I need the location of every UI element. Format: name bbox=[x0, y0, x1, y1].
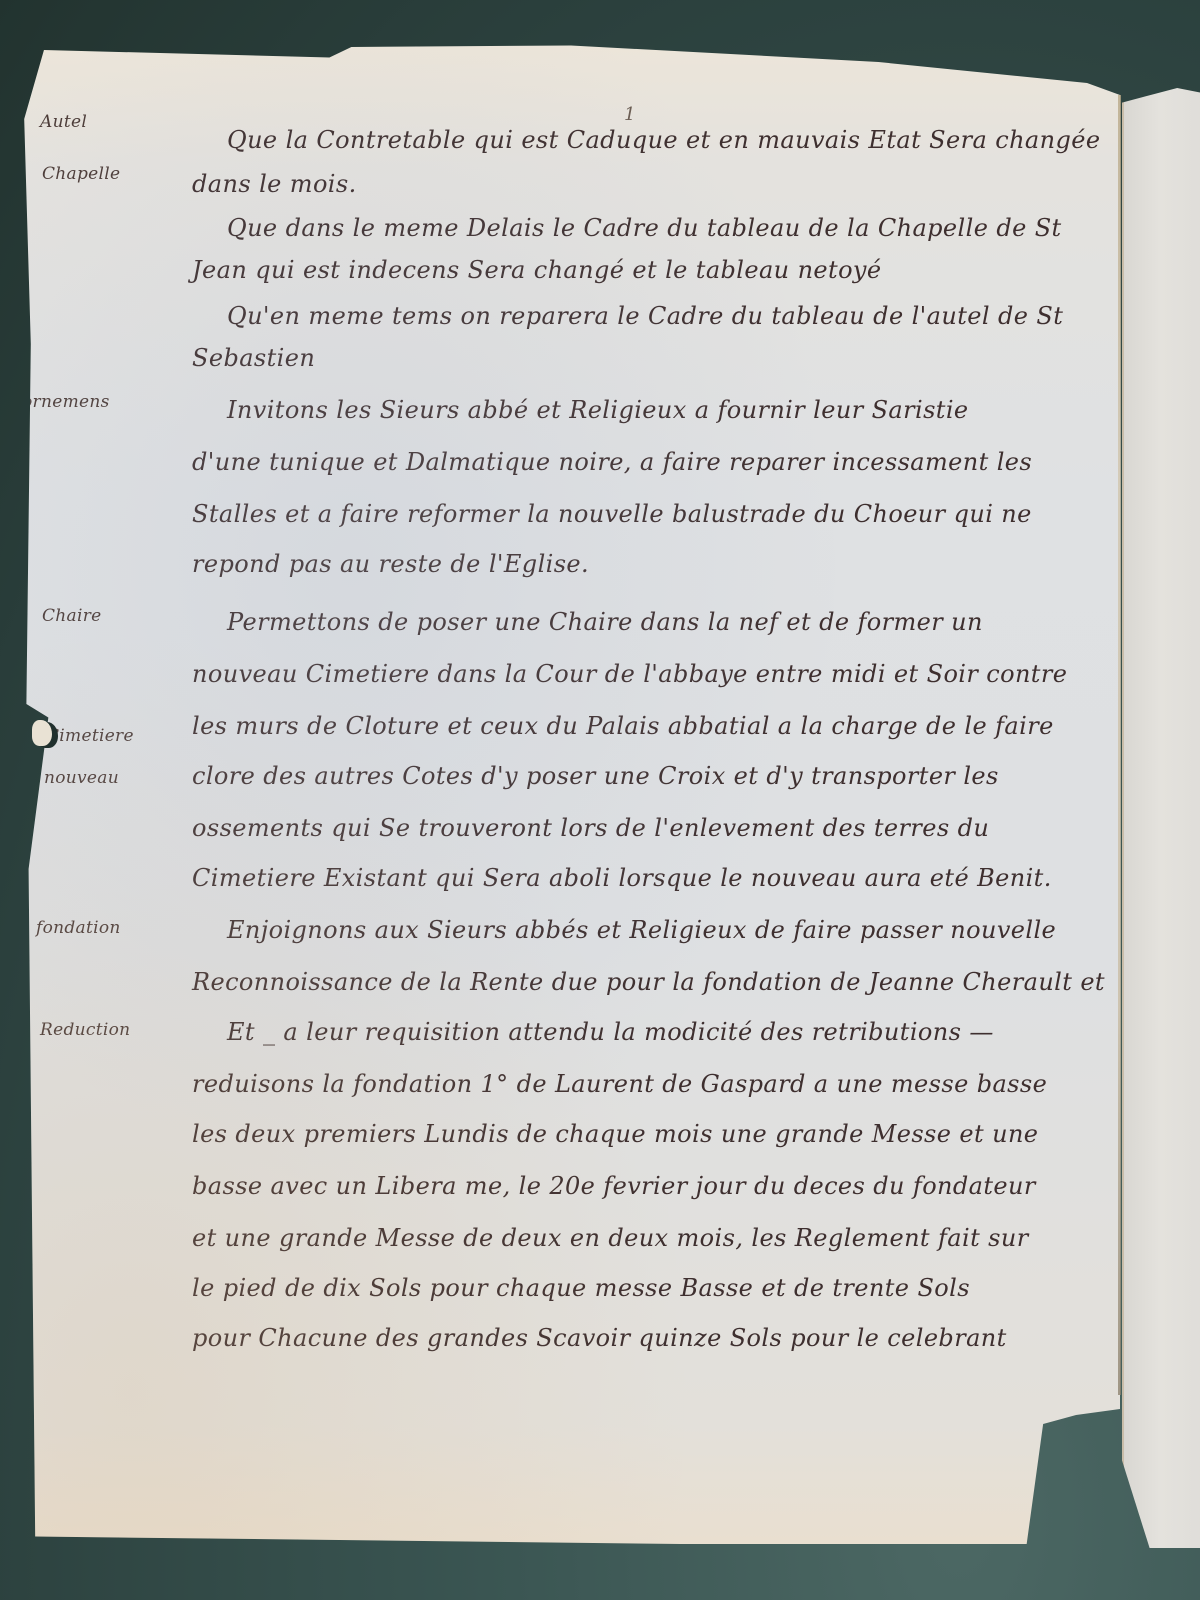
text-line: clore des autres Cotes d'y poser une Cro… bbox=[192, 762, 999, 790]
margin-note-chaire: Chaire bbox=[42, 606, 102, 626]
margin-note-chapelle: Chapelle bbox=[42, 164, 120, 184]
manuscript-page: 1 Autel Chapelle ornemens Chaire Cimetie… bbox=[22, 44, 1120, 1544]
text-line: basse avec un Libera me, le 20e fevrier … bbox=[192, 1172, 1036, 1200]
text-line: et une grande Messe de deux en deux mois… bbox=[192, 1224, 1029, 1252]
text-line: les deux premiers Lundis de chaque mois … bbox=[192, 1120, 1038, 1148]
text-line: nouveau Cimetiere dans la Cour de l'abba… bbox=[192, 660, 1067, 688]
text-line: le pied de dix Sols pour chaque messe Ba… bbox=[192, 1274, 970, 1302]
text-line: d'une tunique et Dalmatique noire, a fai… bbox=[192, 448, 1032, 476]
text-line: Qu'en meme tems on reparera le Cadre du … bbox=[227, 302, 1063, 330]
margin-note-ornemens: ornemens bbox=[22, 392, 110, 412]
text-line: Reconnoissance de la Rente due pour la f… bbox=[192, 968, 1105, 996]
margin-note-nouveau: nouveau bbox=[44, 768, 119, 788]
text-line: ossements qui Se trouveront lors de l'en… bbox=[192, 814, 989, 842]
text-line: Enjoignons aux Sieurs abbés et Religieux… bbox=[227, 916, 1056, 944]
page-number: 1 bbox=[624, 104, 635, 125]
text-line: Jean qui est indecens Sera changé et le … bbox=[192, 256, 882, 284]
text-line: reduisons la fondation 1° de Laurent de … bbox=[192, 1070, 1047, 1098]
paper-tear bbox=[32, 720, 52, 746]
text-line: Stalles et a faire reformer la nouvelle … bbox=[192, 500, 1032, 528]
text-line: Que la Contretable qui est Caduque et en… bbox=[227, 126, 1100, 154]
text-line: Permettons de poser une Chaire dans la n… bbox=[227, 608, 983, 636]
text-line: Invitons les Sieurs abbé et Religieux a … bbox=[227, 396, 969, 424]
adjacent-folded-page bbox=[1122, 88, 1200, 1548]
text-line: Sebastien bbox=[192, 344, 315, 372]
margin-note-reduction: Reduction bbox=[40, 1020, 130, 1040]
page-fold bbox=[1118, 95, 1121, 1395]
text-line: dans le mois. bbox=[192, 170, 357, 198]
margin-note-autel: Autel bbox=[40, 112, 87, 132]
margin-note-cimetiere: Cimetiere bbox=[46, 726, 134, 746]
text-line: Que dans le meme Delais le Cadre du tabl… bbox=[227, 214, 1062, 242]
text-line: Cimetiere Existant qui Sera aboli lorsqu… bbox=[192, 864, 1052, 892]
text-line: Et _ a leur requisition attendu la modic… bbox=[227, 1018, 994, 1046]
margin-note-fondation: fondation bbox=[36, 918, 121, 938]
text-line: les murs de Cloture et ceux du Palais ab… bbox=[192, 712, 1054, 740]
text-line: pour Chacune des grandes Scavoir quinze … bbox=[192, 1324, 1007, 1352]
text-line: repond pas au reste de l'Eglise. bbox=[192, 550, 589, 578]
